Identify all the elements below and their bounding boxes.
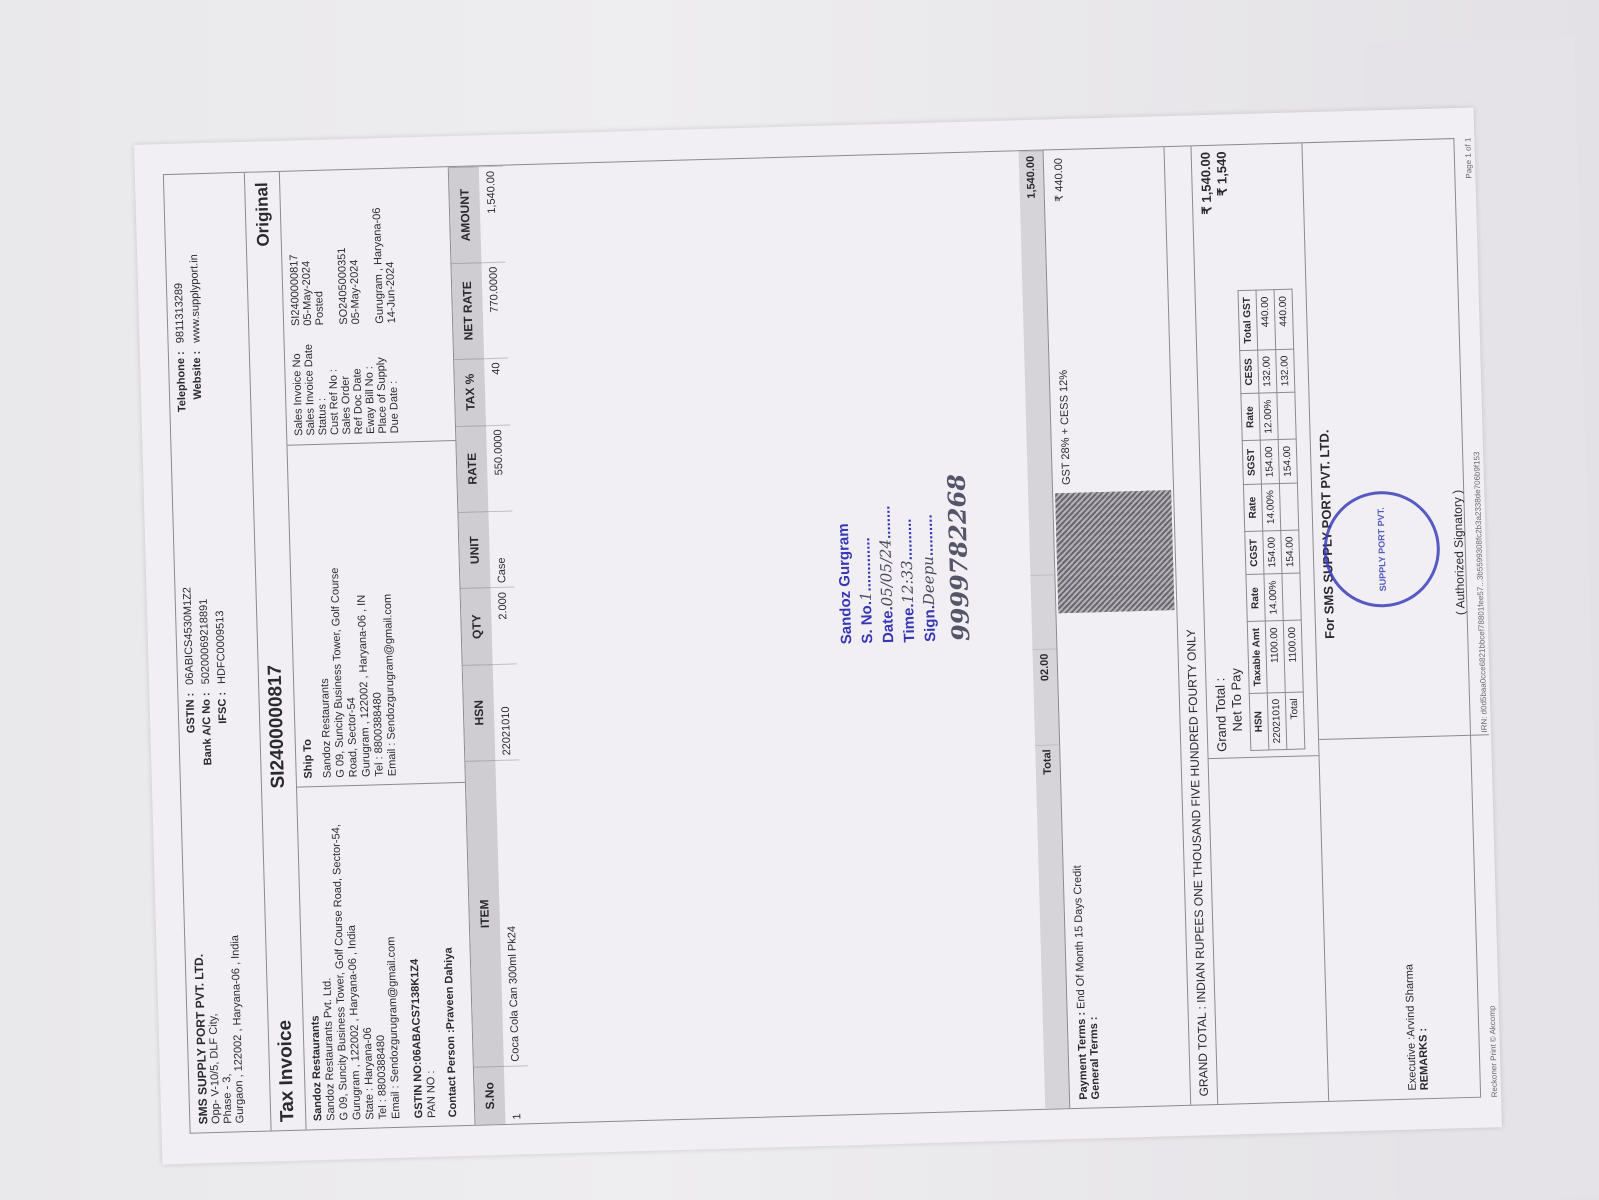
date-label: Date. (879, 606, 897, 643)
time-label: Time. (900, 603, 918, 642)
column-header: RATE (456, 425, 488, 512)
date-value: 05/05/24 (876, 539, 896, 607)
page-number: Page 1 of 1 (1463, 138, 1473, 179)
gst-column-header: Total GST (1238, 290, 1258, 350)
time-value: 12:33 (898, 560, 917, 604)
gst-cell: 132.00 (1258, 349, 1277, 393)
table-cell: 1,540.00 (479, 166, 506, 262)
invoice-number: SI2400000817 (259, 462, 290, 796)
net-to-pay-value: ₹ 1,540 (1214, 151, 1231, 196)
gst-cell: 154.00 (1263, 530, 1282, 574)
meta-value: 05-May-2024 (300, 261, 314, 326)
gst-column-header: CGST (1245, 531, 1264, 575)
website-value: www.supplyport.in (188, 254, 202, 343)
bank-value: 50200069218891 (198, 599, 212, 685)
sign-value: Deepu (919, 556, 938, 606)
meta-key: Due Date : (386, 323, 401, 433)
column-header: TAX % (454, 358, 486, 426)
receipt-stamp: Sandoz Gurgram S. No.1............. Date… (833, 474, 972, 645)
print-credit: Reckoner Print © Akcomp (1488, 1005, 1500, 1097)
copy-label: Original (252, 172, 280, 463)
sign-label: Sign. (921, 605, 939, 642)
authorized-signatory: ( Authorized Signatory ) (1450, 490, 1467, 616)
ifsc-label: IFSC : (216, 684, 231, 782)
column-header: QTY (461, 588, 493, 665)
gstin-label: GSTIN : (184, 685, 199, 783)
gst-column-header: HSN (1249, 693, 1269, 751)
column-header: NET RATE (451, 263, 484, 360)
tax-note: GST 28% + CESS 12% (1058, 367, 1165, 485)
gst-cell (1277, 392, 1296, 439)
invoice-meta: Sales Invoice NoSI2400000817Sales Invoic… (280, 167, 456, 444)
table-cell: Case (488, 511, 514, 588)
telephone-label: Telephone : (175, 343, 190, 441)
gst-cell: 440.00 (1274, 289, 1294, 349)
gst-cell (1279, 483, 1298, 530)
grand-total-value: ₹ 1,540.00 (1198, 152, 1216, 215)
invoice-photo: SMS SUPPLY PORT PVT. LTD. Opp- V-10/5, D… (138, 96, 1498, 1176)
gst-cell: 132.00 (1276, 349, 1295, 393)
table-cell: 2.000 (491, 587, 517, 664)
company-stamp: SUPPLY PORT PVT. (1322, 490, 1441, 609)
gst-column-header: SGST (1242, 440, 1261, 484)
gst-cell: 440.00 (1256, 290, 1276, 350)
gst-cell: 154.00 (1260, 440, 1279, 484)
gst-cell (1282, 573, 1301, 620)
meta-value: 14-Jun-2024 (384, 261, 398, 323)
qr-code (1055, 490, 1174, 613)
gst-cell: 1100.00 (1283, 620, 1303, 692)
column-header: S.No (474, 1067, 506, 1125)
ifsc-value: HDFC0009513 (214, 610, 228, 684)
gst-cell: 14.00% (1264, 574, 1283, 621)
gstin-value: 06ABICS4530M1Z2 (181, 587, 196, 685)
gst-summary-table: HSNTaxable AmtRateCGSTRateSGSTRateCESSTo… (1238, 289, 1306, 751)
telephone-value: 9811313289 (173, 283, 187, 344)
gst-column-header: Rate (1243, 484, 1262, 531)
bank-label: Bank A/C No : (200, 684, 215, 782)
stamp-text: SUPPLY PORT PVT. (1376, 507, 1388, 591)
gst-column-header: CESS (1240, 350, 1259, 394)
website-label: Website : (191, 343, 206, 441)
invoice-page: SMS SUPPLY PORT PVT. LTD. Opp- V-10/5, D… (134, 107, 1502, 1164)
sno-label: S. No. (858, 601, 876, 644)
table-cell: 550.0000 (486, 425, 512, 512)
doc-title: Tax Invoice (268, 796, 299, 1130)
column-header: AMOUNT (449, 167, 482, 264)
handwritten-phone: 9999782268 (947, 474, 972, 641)
table-cell: 1 (504, 1066, 530, 1124)
table-cell: 40 (484, 358, 510, 426)
column-header: UNIT (458, 511, 490, 588)
gst-cell: 12.00% (1259, 393, 1278, 440)
table-cell: 770.0000 (481, 262, 508, 358)
gst-column-header: Rate (1241, 393, 1260, 440)
gst-column-header: Taxable Amt (1247, 621, 1267, 693)
total-qty: 02.00 (1032, 649, 1059, 745)
meta-value: 05-May-2024 (348, 259, 362, 324)
table-cell: 22021010 (493, 664, 520, 760)
gst-cell: 154.00 (1278, 439, 1297, 483)
meta-value: Posted (313, 291, 326, 326)
gst-cell: 154.00 (1281, 530, 1300, 574)
tax-amount: ₹ 440.00 (1052, 155, 1157, 202)
sno-value: 1 (857, 591, 875, 601)
ship-to: Ship To Sandoz Restaurants G 09, Suncity… (287, 440, 465, 787)
gst-cell: 1100.00 (1265, 621, 1285, 693)
net-to-pay-label: Net To Pay (1228, 668, 1246, 752)
gst-cell: Total (1285, 692, 1305, 750)
column-header: HSN (463, 665, 496, 762)
gst-cell: 22021010 (1267, 692, 1287, 750)
gst-cell: 14.00% (1261, 483, 1280, 530)
gst-column-header: Rate (1246, 574, 1265, 621)
bill-to: Sandoz Restaurants Sandoz Restaurants Pv… (297, 782, 475, 1129)
